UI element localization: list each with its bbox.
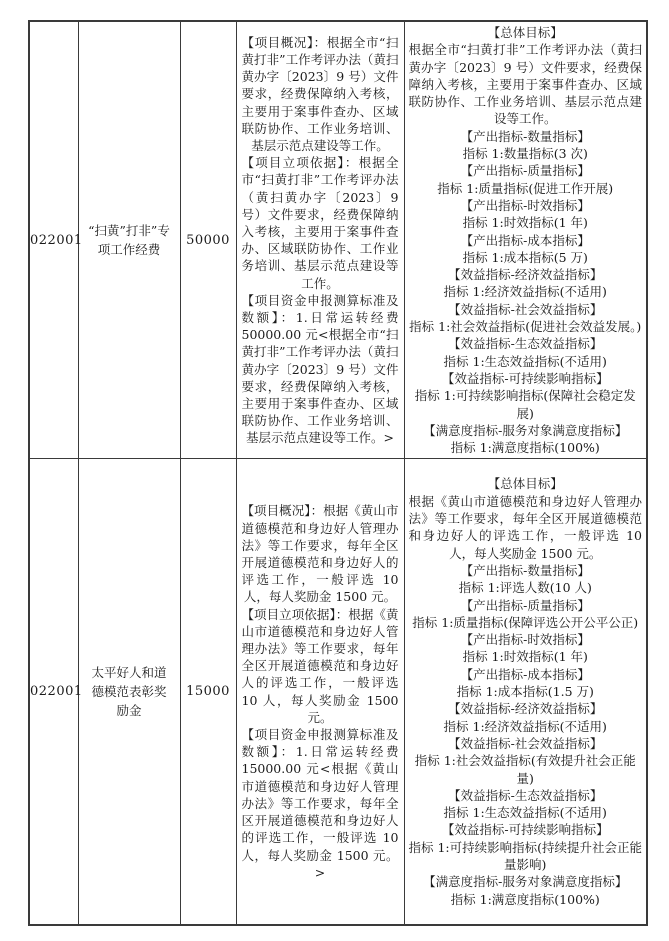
goal-line: 指标 1:成本指标(1.5 万)	[409, 683, 643, 700]
goal-line: 指标 1:满意度指标(100%)	[409, 439, 643, 456]
goal-line: 指标 1:成本指标(5 万)	[409, 249, 643, 266]
table-row: 022001 太平好人和道德模范表彰奖励金 15000 【项目概况】：根据《黄山…	[29, 459, 647, 925]
goal-line: 【效益指标-生态效益指标】	[409, 787, 643, 804]
description-paragraph: 【项目概况】：根据《黄山市道德模范和身边好人管理办法》等工作要求，每年全区开展道…	[242, 502, 399, 605]
goal-line: 【效益指标-生态效益指标】	[409, 335, 643, 352]
goal-line: 指标 1:可持续影响指标(保障社会稳定发展)	[409, 387, 643, 422]
table-row: 022001 “扫黄”打非”专项工作经费 50000 【项目概况】：根据全市“扫…	[29, 21, 647, 459]
description-paragraph: 【项目资金申报测算标准及数额】：1.日常运转经费 15000.00 元<根据《黄…	[242, 726, 399, 881]
project-amount-cell: 15000	[180, 459, 236, 925]
goal-line: 【效益指标-可持续影响指标】	[409, 821, 643, 838]
description-paragraph: 【项目立项依据】：根据全市“扫黄打非”工作考评办法（黄扫黄办字〔2023〕9 号…	[242, 154, 399, 292]
project-code: 022001	[30, 233, 83, 248]
goal-line: 指标 1:社会效益指标(促进社会效益发展。)	[409, 318, 643, 335]
goal-line: 指标 1:生态效益指标(不适用)	[409, 804, 643, 821]
goal-line: 【产出指标-数量指标】	[409, 562, 643, 579]
goal-line: 指标 1:可持续影响指标(持续提升社会正能量影响)	[409, 839, 643, 874]
description-paragraph: 【项目立项依据】：根据《黄山市道德模范和身边好人管理办法》等工作要求，每年全区开…	[242, 606, 399, 726]
project-goals-cell: 【总体目标】根据《黄山市道德模范和身边好人管理办法》等工作要求，每年全区开展道德…	[404, 459, 647, 925]
goal-line: 【产出指标-时效指标】	[409, 631, 643, 648]
project-amount: 50000	[186, 233, 230, 248]
goal-line: 【总体目标】	[409, 475, 643, 492]
project-name-cell: 太平好人和道德模范表彰奖励金	[78, 459, 180, 925]
description-paragraph: 【项目概况】：根据全市“扫黄打非”工作考评办法（黄扫黄办字〔2023〕9 号）文…	[242, 34, 399, 154]
goal-line: 【满意度指标-服务对象满意度指标】	[409, 873, 643, 890]
project-amount: 15000	[186, 684, 230, 699]
project-code-cell: 022001	[29, 459, 78, 925]
project-code: 022001	[30, 684, 83, 699]
goal-line: 指标 1:经济效益指标(不适用)	[409, 718, 643, 735]
goal-line: 指标 1:时效指标(1 年)	[409, 648, 643, 665]
goal-line: 【产出指标-质量指标】	[409, 597, 643, 614]
goal-line: 根据《黄山市道德模范和身边好人管理办法》等工作要求，每年全区开展道德模范和身边好…	[409, 493, 643, 562]
project-budget-table: 022001 “扫黄”打非”专项工作经费 50000 【项目概况】：根据全市“扫…	[28, 20, 648, 926]
goal-line: 指标 1:时效指标(1 年)	[409, 214, 643, 231]
project-description: 【项目概况】：根据全市“扫黄打非”工作考评办法（黄扫黄办字〔2023〕9 号）文…	[242, 34, 399, 447]
goal-line: 根据全市“扫黄打非”工作考评办法（黄扫黄办字〔2023〕9 号）文件要求，经费保…	[409, 41, 643, 127]
goal-line: 【产出指标-成本指标】	[409, 232, 643, 249]
project-goals: 【总体目标】根据《黄山市道德模范和身边好人管理办法》等工作要求，每年全区开展道德…	[409, 475, 643, 907]
project-goals-cell: 【总体目标】根据全市“扫黄打非”工作考评办法（黄扫黄办字〔2023〕9 号）文件…	[404, 21, 647, 459]
goal-line: 指标 1:生态效益指标(不适用)	[409, 353, 643, 370]
project-goals: 【总体目标】根据全市“扫黄打非”工作考评办法（黄扫黄办字〔2023〕9 号）文件…	[409, 24, 643, 456]
goal-line: 指标 1:质量指标(保障评选公开公平公正)	[409, 614, 643, 631]
goal-line: 指标 1:经济效益指标(不适用)	[409, 283, 643, 300]
goal-line: 指标 1:评选人数(10 人)	[409, 579, 643, 596]
project-description-cell: 【项目概况】：根据《黄山市道德模范和身边好人管理办法》等工作要求，每年全区开展道…	[236, 459, 404, 925]
project-description-cell: 【项目概况】：根据全市“扫黄打非”工作考评办法（黄扫黄办字〔2023〕9 号）文…	[236, 21, 404, 459]
project-amount-cell: 50000	[180, 21, 236, 459]
goal-line: 【效益指标-经济效益指标】	[409, 266, 643, 283]
goal-line: 【效益指标-社会效益指标】	[409, 735, 643, 752]
goal-line: 指标 1:满意度指标(100%)	[409, 891, 643, 908]
goal-line: 指标 1:质量指标(促进工作开展)	[409, 180, 643, 197]
project-name-cell: “扫黄”打非”专项工作经费	[78, 21, 180, 459]
goal-line: 【满意度指标-服务对象满意度指标】	[409, 422, 643, 439]
goal-line: 【效益指标-经济效益指标】	[409, 700, 643, 717]
project-name: “扫黄”打非”专项工作经费	[88, 223, 170, 257]
project-description: 【项目概况】：根据《黄山市道德模范和身边好人管理办法》等工作要求，每年全区开展道…	[242, 502, 399, 880]
goal-line: 指标 1:社会效益指标(有效提升社会正能量)	[409, 752, 643, 787]
project-code-cell: 022001	[29, 21, 78, 459]
project-name: 太平好人和道德模范表彰奖励金	[91, 665, 166, 718]
description-paragraph: 【项目资金申报测算标准及数额】：1.日常运转经费 50000.00 元<根据全市…	[242, 292, 399, 447]
goal-line: 【效益指标-社会效益指标】	[409, 301, 643, 318]
goal-line: 指标 1:数量指标(3 次)	[409, 145, 643, 162]
goal-line: 【产出指标-时效指标】	[409, 197, 643, 214]
goal-line: 【效益指标-可持续影响指标】	[409, 370, 643, 387]
goal-line: 【产出指标-成本指标】	[409, 666, 643, 683]
goal-line: 【产出指标-质量指标】	[409, 162, 643, 179]
goal-line: 【总体目标】	[409, 24, 643, 41]
goal-line: 【产出指标-数量指标】	[409, 128, 643, 145]
